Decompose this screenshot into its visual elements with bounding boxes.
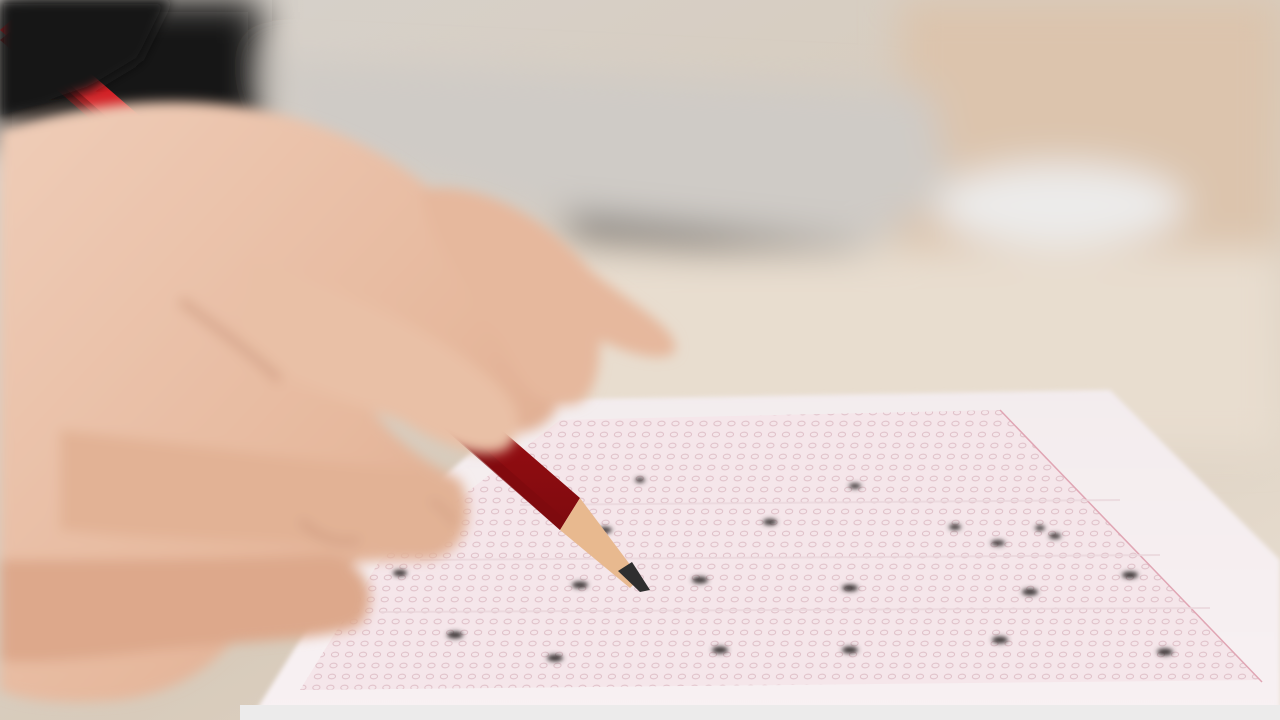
photo-illustration xyxy=(0,0,1280,720)
answer-sheet-photo: Close-up of a hand holding a red pencil … xyxy=(0,0,1280,720)
